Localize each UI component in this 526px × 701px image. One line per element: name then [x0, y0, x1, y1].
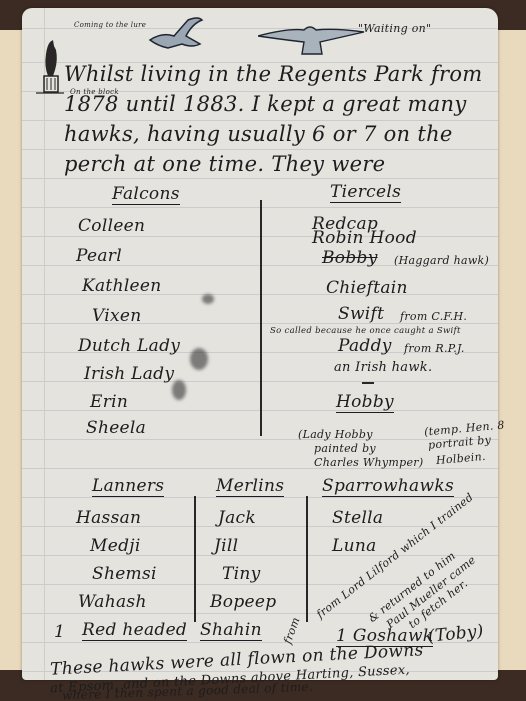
tiercel-name: Swift [338, 304, 384, 324]
intro-line-2: 1878 until 1883. I kept a great many [64, 92, 467, 116]
falcon-waiting-on-icon [258, 20, 366, 60]
falcon-name: Erin [90, 392, 128, 412]
intro-line-1: Whilst living in the Regents Park from [64, 62, 483, 86]
intro-line-4: perch at one time. They were [64, 152, 385, 176]
separator-dash [362, 382, 374, 384]
hobby-line: painted by [314, 442, 376, 455]
hobby-line: Charles Whymper) [314, 456, 423, 469]
lanners-heading: Lanners [92, 478, 164, 497]
intro-line-3: hawks, having usually 6 or 7 on the [64, 122, 453, 146]
merlins-heading: Merlins [216, 478, 284, 497]
tiercel-name-struck: Bobby [322, 248, 378, 268]
tiercels-heading: Tiercels [330, 184, 401, 203]
falcons-heading: Falcons [112, 186, 180, 205]
hobby-aside: Holbein. [436, 450, 487, 467]
sparrowhawks-heading: Sparrowhawks [322, 478, 454, 497]
falcon-name: Dutch Lady [78, 336, 180, 356]
notebook-page: Coming to the lure On the block "Waiting… [22, 8, 498, 680]
goshawk-name: (Toby) [427, 621, 485, 647]
falcon-name: Kathleen [82, 276, 162, 296]
ink-blot [172, 380, 186, 400]
shahin-from: from [281, 615, 303, 645]
swift-side-note: So called because he once caught a Swift [270, 326, 461, 336]
column-divider [306, 496, 308, 622]
lanner-name: Medji [90, 536, 141, 556]
shahin-adjective: Red headed [82, 622, 187, 641]
merlin-name: Bopeep [210, 592, 276, 612]
falcon-name: Pearl [76, 246, 122, 266]
tiercel-name: Paddy [338, 336, 392, 356]
merlin-name: Jill [214, 536, 238, 556]
hobby-line: (Lady Hobby [298, 428, 373, 441]
tiercel-name: Chieftain [326, 278, 408, 298]
tiercel-note: (Haggard hawk) [394, 254, 489, 267]
ink-blot [190, 348, 208, 370]
column-divider [260, 200, 262, 436]
tiercel-name: Robin Hood [312, 228, 417, 248]
caption-coming-to-lure: Coming to the lure [74, 21, 146, 29]
falcon-name: Sheela [86, 418, 146, 438]
merlin-name: Tiny [222, 564, 261, 584]
lanner-name: Shemsi [92, 564, 157, 584]
tiercel-note: from R.P.J. [404, 342, 465, 355]
lanner-name: Hassan [76, 508, 141, 528]
sparrowhawk-name: Luna [332, 536, 377, 556]
margin-line [44, 8, 45, 680]
caption-waiting-on: "Waiting on" [358, 22, 431, 35]
merlin-name: Jack [218, 508, 256, 528]
shahin-name: Shahin [200, 622, 262, 641]
column-divider [194, 496, 196, 622]
falcon-coming-to-lure-icon [148, 14, 204, 54]
sparrowhawk-name: Stella [332, 508, 383, 528]
tiercel-note: from C.F.H. [400, 310, 467, 323]
falcon-name: Irish Lady [84, 364, 174, 384]
hooded-falcon-on-block-icon [36, 38, 66, 98]
shahin-count: 1 [54, 622, 65, 642]
lanner-name: Wahash [78, 592, 147, 612]
falcon-name: Vixen [92, 306, 142, 326]
ink-blot [202, 294, 214, 304]
falcon-name: Colleen [78, 216, 145, 236]
tiercel-name: an Irish hawk. [334, 360, 432, 375]
hobby-heading: Hobby [336, 394, 394, 413]
